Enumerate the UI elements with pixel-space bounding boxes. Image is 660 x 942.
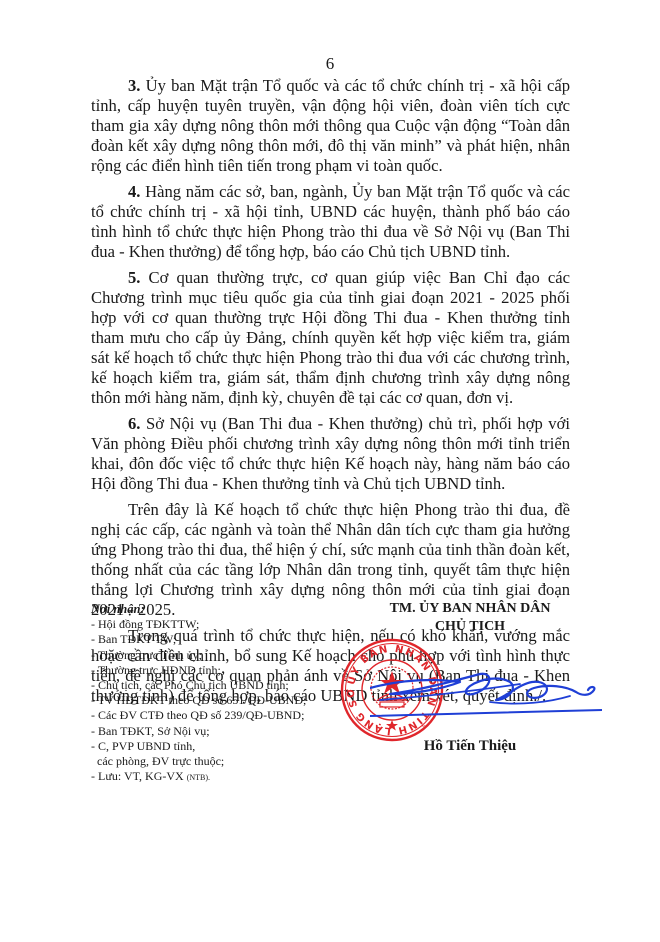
recipient-item: - Ban TĐKT, Sở Nội vụ;: [91, 724, 351, 739]
recipient-item: - Thường trực Tỉnh ủy;: [91, 648, 351, 663]
recipient-item-continuation: các phòng, ĐV trực thuộc;: [91, 754, 351, 769]
paragraph-number: 6.: [128, 414, 140, 433]
paragraph-text: Cơ quan thường trực, cơ quan giúp việc B…: [91, 268, 570, 407]
recipient-item: - Thường trực HĐND tỉnh;: [91, 663, 351, 678]
recipient-item-archive: - Lưu: VT, KG-VX (NTB).: [91, 769, 351, 785]
recipient-item: - Các ĐV CTĐ theo QĐ số 239/QĐ-UBND;: [91, 708, 351, 723]
recipients-block: Nơi nhận: - Hội đồng TĐKTTW; - Ban TĐKT …: [91, 602, 351, 785]
signer-organization: TM. ỦY BAN NHÂN DÂN: [340, 600, 600, 618]
page-number: 6: [0, 54, 660, 74]
archive-note: (NTB).: [187, 773, 210, 782]
recipient-item: - Ban TĐKT TW;: [91, 632, 351, 647]
recipient-item: - C, PVP UBND tỉnh,: [91, 739, 351, 754]
paragraph-item-6: 6. Sở Nội vụ (Ban Thi đua - Khen thưởng)…: [91, 414, 570, 494]
paragraph-text: Ủy ban Mặt trận Tổ quốc và các tổ chức c…: [91, 76, 570, 175]
paragraph-item-4: 4. Hàng năm các sở, ban, ngành, Ủy ban M…: [91, 182, 570, 262]
paragraph-text: Hàng năm các sở, ban, ngành, Ủy ban Mặt …: [91, 182, 570, 261]
recipient-item: - Hội đồng TĐKTTW;: [91, 617, 351, 632]
recipient-item: - TV HĐTĐKT theo QĐ số 651/QĐ-UBND;: [91, 693, 351, 708]
signer-name: Hồ Tiến Thiệu: [340, 737, 600, 755]
handwritten-signature-icon: [370, 660, 602, 730]
signature-block: TM. ỦY BAN NHÂN DÂN CHỦ TỊCH ỦY BAN NHÂN…: [340, 600, 600, 780]
signer-title: CHỦ TỊCH: [340, 618, 600, 636]
paragraph-text: Sở Nội vụ (Ban Thi đua - Khen thưởng) ch…: [91, 414, 570, 493]
paragraph-item-3: 3. Ủy ban Mặt trận Tổ quốc và các tổ chứ…: [91, 76, 570, 176]
paragraph-number: 5.: [128, 268, 140, 287]
archive-label: - Lưu: VT, KG-VX: [91, 769, 184, 783]
recipient-item: - Chủ tịch, các Phó Chủ tịch UBND tỉnh;: [91, 678, 351, 693]
paragraph-number: 3.: [128, 76, 140, 95]
recipients-heading: Nơi nhận:: [91, 602, 351, 617]
paragraph-item-5: 5. Cơ quan thường trực, cơ quan giúp việ…: [91, 268, 570, 408]
paragraph-number: 4.: [128, 182, 140, 201]
